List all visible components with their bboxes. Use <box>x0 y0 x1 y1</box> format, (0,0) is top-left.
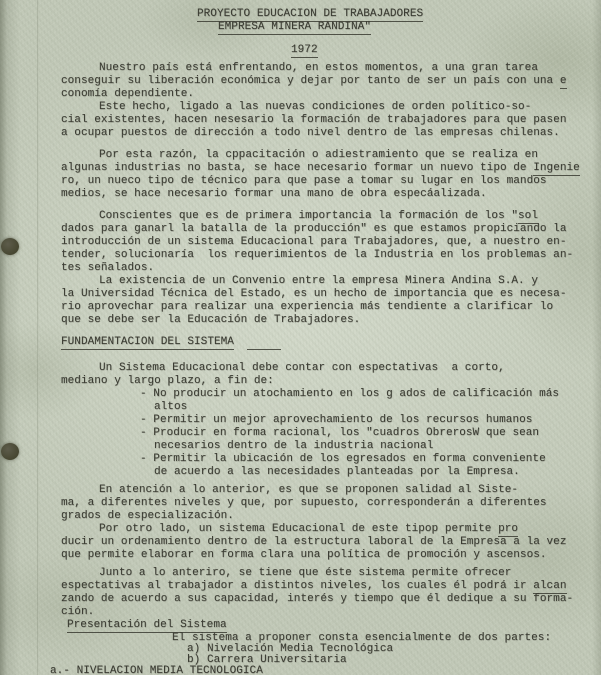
paragraph-2-line-3: a ocupar puestos de dirección a todo niv… <box>61 127 560 140</box>
text-segment: - No producir un atochamiento en los g a… <box>140 388 559 400</box>
paragraph-8-line-3: que permite elaborar en forma clara una … <box>61 549 547 562</box>
paragraph-7-line-2: ma, a diferentes niveles y que, por supu… <box>61 497 547 510</box>
bullet-4-line-1: - Permitir la ubicación de los egresados… <box>140 453 546 466</box>
underlined-text: Presentación del Sistema <box>67 619 227 633</box>
text-segment: de acuerdo a las necesidades planteadas … <box>154 466 520 478</box>
paragraph-9-line-3: zando de acuerdo a sus capacidad, interé… <box>61 593 573 606</box>
paragraph-7-line-1: En atención a lo anterior, es que se pro… <box>99 484 518 497</box>
text-segment: ma, a diferentes niveles y que, por supu… <box>61 497 547 509</box>
text-segment <box>234 336 247 348</box>
document-page: PROYECTO EDUCACION DE TRABAJADORESEMPRES… <box>0 0 601 675</box>
bullet-1-line-1: - No producir un atochamiento en los g a… <box>140 388 559 401</box>
paragraph-4-line-5: tes señalados. <box>61 262 154 275</box>
paragraph-5-line-4: que se debe ser la Educación de Trabajad… <box>61 314 360 327</box>
paragraph-4-line-4: tender, solucionaría los requerimientos … <box>61 249 573 262</box>
section-heading-presentacion: Presentación del Sistema <box>67 619 227 632</box>
paragraph-7-line-3: grados de especialización. <box>61 510 234 523</box>
text-segment: Junto a lo anteriro, se tiene que éste s… <box>99 567 511 579</box>
paragraph-6-line-1: Un Sistema Educacional debe contar con e… <box>99 362 505 375</box>
title-line-2: EMPRESA MINERA RANDINA" <box>218 21 371 34</box>
section-heading-fundamentacion: FUNDAMENTACION DEL SISTEMA <box>61 336 281 349</box>
paragraph-4-line-3: introducción de un sistema Educacional p… <box>61 236 566 249</box>
underlined-text: FUNDAMENTACION DEL SISTEMA <box>61 336 234 350</box>
paragraph-1-line-3: conomía dependiente. <box>61 88 194 101</box>
text-segment: La existencia de un Convenio entre la em… <box>99 275 538 287</box>
text-segment: conomía dependiente. <box>61 88 194 100</box>
paragraph-3-line-3: ro, un nueco tipo de técnico para que pa… <box>61 175 547 188</box>
text-segment: algunas industrias no basta, se hace nec… <box>61 162 533 174</box>
text-segment: introducción de un sistema Educacional p… <box>61 236 566 248</box>
paragraph-4-line-1: Conscientes que es de primera importanci… <box>99 210 538 223</box>
paragraph-9-line-2: espectativas al trabajador a distintos n… <box>61 580 567 593</box>
paragraph-9-line-4: ción. <box>61 606 94 619</box>
text-segment: Por otro lado, un sistema Educacional de… <box>99 523 498 535</box>
text-segment: Este hecho, ligado a las nuevas condicio… <box>99 101 531 113</box>
text-segment: a.- <box>50 665 77 675</box>
text-segment: En atención a lo anterior, es que se pro… <box>99 484 518 496</box>
underlined-text: 1972 <box>291 44 318 58</box>
paragraph-4-line-2: dados para ganarl la batalla de la produ… <box>61 223 566 236</box>
text-segment: Nuestro país está enfrentando, en estos … <box>99 62 538 74</box>
text-segment: ción. <box>61 606 94 618</box>
paragraph-9-line-1: Junto a lo anteriro, se tiene que éste s… <box>99 567 511 580</box>
paragraph-2-line-2: cial existentes, hacen nesesario la form… <box>61 114 566 127</box>
paragraph-5-line-3: rio aprovechar para realizar una experie… <box>61 301 553 314</box>
underlined-text: Ingenie <box>533 162 580 176</box>
paragraph-1-line-1: Nuestro país está enfrentando, en estos … <box>99 62 538 75</box>
text-segment: tes señalados. <box>61 262 154 274</box>
text-segment: grados de especialización. <box>61 510 234 522</box>
bullet-2-line-1: - Permitir un mejor aprovechamiento de l… <box>140 414 532 427</box>
section-heading-nivelacion: a.- NIVELACION MEDIA TECNOLOGICA <box>50 665 263 675</box>
underlined-text: alcan <box>533 580 566 594</box>
text-segment: altos <box>154 401 187 413</box>
underlined-text: EMPRESA MINERA RANDINA" <box>218 21 371 35</box>
text-segment: rio aprovechar para realizar una experie… <box>61 301 553 313</box>
underlined-text <box>247 336 280 350</box>
text-segment: ducir un ordenamiento dentro de la estru… <box>61 536 566 548</box>
paragraph-1-line-2: conseguir su liberación económica y deja… <box>61 75 567 88</box>
bullet-3-line-2: necesarios dentro de la industria nacion… <box>154 440 433 453</box>
text-segment: dados para ganarl la batalla de la produ… <box>61 223 566 235</box>
text-segment: la Universidad Técnica del Estado, es un… <box>61 288 566 300</box>
paragraph-8-line-2: ducir un ordenamiento dentro de la estru… <box>61 536 566 549</box>
text-segment: - Producir en forma racional, los "cuadr… <box>140 427 539 439</box>
paragraph-6-line-2: mediano y largo plazo, a fin de: <box>61 375 274 388</box>
text-segment: - Permitir la ubicación de los egresados… <box>140 453 546 465</box>
text-segment: cial existentes, hacen nesesario la form… <box>61 114 566 126</box>
paragraph-5-line-2: la Universidad Técnica del Estado, es un… <box>61 288 566 301</box>
bullet-1-line-2: altos <box>154 401 187 414</box>
text-segment: Un Sistema Educacional debe contar con e… <box>99 362 505 374</box>
underlined-text: pro <box>498 523 518 537</box>
paragraph-3-line-2: algunas industrias no basta, se hace nec… <box>61 162 580 175</box>
text-segment: ro, un nueco tipo de técnico para que pa… <box>61 175 547 187</box>
underlined-text: e <box>560 75 567 89</box>
typewritten-text: PROYECTO EDUCACION DE TRABAJADORESEMPRES… <box>0 0 601 675</box>
text-segment: zando de acuerdo a sus capacidad, interé… <box>61 593 573 605</box>
text-segment: medios, se hace necesario formar una man… <box>61 188 487 200</box>
paragraph-8-line-1: Por otro lado, un sistema Educacional de… <box>99 523 518 536</box>
text-segment: que se debe ser la Educación de Trabajad… <box>61 314 360 326</box>
text-segment: Conscientes que es de primera importanci… <box>99 210 518 222</box>
text-segment: Por esta razón, la cppacitación o adiest… <box>99 149 538 161</box>
underlined-text: NIVELACION MEDIA TECNOLOGICA <box>77 665 263 675</box>
underlined-text: sol <box>518 210 538 224</box>
bullet-4-line-2: de acuerdo a las necesidades planteadas … <box>154 466 520 479</box>
paragraph-5-line-1: La existencia de un Convenio entre la em… <box>99 275 538 288</box>
text-segment: necesarios dentro de la industria nacion… <box>154 440 433 452</box>
bullet-3-line-1: - Producir en forma racional, los "cuadr… <box>140 427 539 440</box>
text-segment: espectativas al trabajador a distintos n… <box>61 580 533 592</box>
paragraph-2-line-1: Este hecho, ligado a las nuevas condicio… <box>99 101 531 114</box>
title-line-1: PROYECTO EDUCACION DE TRABAJADORES <box>197 8 423 21</box>
text-segment: a ocupar puestos de dirección a todo niv… <box>61 127 560 139</box>
text-segment: mediano y largo plazo, a fin de: <box>61 375 274 387</box>
text-segment: que permite elaborar en forma clara una … <box>61 549 547 561</box>
underlined-text: PROYECTO EDUCACION DE TRABAJADORES <box>197 8 423 22</box>
text-segment: tender, solucionaría los requerimientos … <box>61 249 573 261</box>
paragraph-3-line-4: medios, se hace necesario formar una man… <box>61 188 487 201</box>
text-segment: conseguir su liberación económica y deja… <box>61 75 560 87</box>
paragraph-3-line-1: Por esta razón, la cppacitación o adiest… <box>99 149 538 162</box>
text-segment: - Permitir un mejor aprovechamiento de l… <box>140 414 532 426</box>
year-heading: 1972 <box>291 44 318 57</box>
